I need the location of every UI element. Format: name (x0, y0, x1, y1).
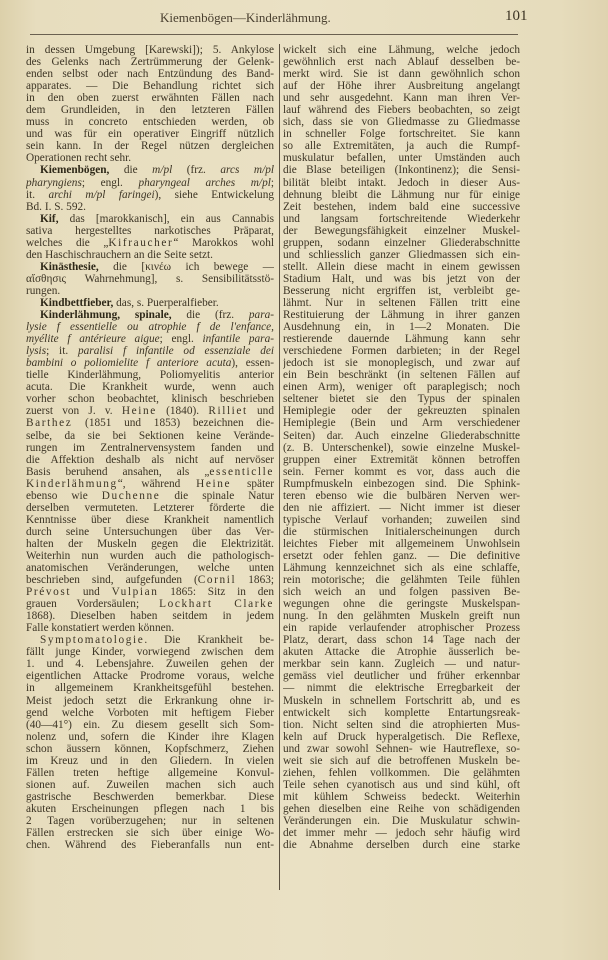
spaced-name: Kifraucher (108, 237, 173, 249)
text-line: Prévost und Vulpian 1865: Sitz in den (26, 586, 274, 598)
right-column: wickelt sich eine Lähmung, welche jedoch… (283, 44, 520, 851)
italic-term: paralisi f infantile od essenziale dei (78, 345, 274, 357)
text-line: den Haschischrauchern an die Seite setzt… (26, 249, 274, 261)
running-head: Kiemenbögen—Kinderlähmung. 101 (30, 4, 450, 32)
text-line: verschiedene Formen darbieten; in der Re… (283, 345, 520, 357)
text-line: gehen dieselben eine Reihe von schädigen… (283, 803, 520, 815)
text-line: leichtes Fieber mit allgemeinem Unwohlse… (283, 538, 520, 550)
text-line: gastrische Beschwerden bemerkbar. Diese (26, 791, 274, 803)
text-line: durch seine Untersuchungen über das Ver- (26, 526, 274, 538)
spaced-name: Symptomatologie (40, 634, 144, 646)
italic-term: myélite f antérieure aigue (26, 333, 160, 345)
text-line: stellt. Allein diese macht in einem gewi… (283, 261, 520, 273)
text-line: acuta. Die Krankheit wurde, wenn auch (26, 381, 274, 393)
text-line: det immer mehr — jedoch sehr häufig wird (283, 827, 520, 839)
text-line: schon äussern können, Kopfschmerz, Ziehe… (26, 743, 274, 755)
text-line: sativa hergestelltes narkotisches Präpar… (26, 225, 274, 237)
text-line: gruppen einer Extremität können betroffe… (283, 454, 520, 466)
text-line: die Blase beteiligen (Inkontinenz); die … (283, 164, 520, 176)
text-line: dehnung bleibt die Lähmung nur für einig… (283, 189, 520, 201)
text-line: zuerst von J. v. Heine (1840). Rilliet u… (26, 405, 274, 417)
text-line: sich, dass sie von Gliedmasse zu Gliedma… (283, 116, 520, 128)
text-line: entwickelt sich komplette Entartungsreak… (283, 707, 520, 719)
text-line: Bd. I. S. 592. (26, 201, 274, 213)
text-line: Basis beruhend ansahen, als „essenticlle (26, 466, 274, 478)
italic-term: arcs m/pl (220, 164, 274, 176)
text-line: grauen Vordersäulen; Lockhart Clarke (26, 598, 274, 610)
text-line: wegungen ohne die geringste Muskelspan- (283, 598, 520, 610)
text-line: Hemiplegie oder der gekreuzten spinalen (283, 405, 520, 417)
text-line: Barthez (1851 und 1853) bezeichnen die- (26, 417, 274, 429)
header-rule (30, 34, 518, 35)
text-line: myélite f antérieure aigue; engl. infant… (26, 333, 274, 345)
text-line: Rumpfmuskeln einbezogen sind. Die Sphink… (283, 478, 520, 490)
text-line: sionen auf. Zuweilen machen sich auch (26, 779, 274, 791)
column-divider (279, 44, 280, 890)
text-line: und was für ein operativer Eingriff nütz… (26, 128, 274, 140)
text-line: (z. B. Unterschenkel), sowie einzelne Mu… (283, 442, 520, 454)
italic-term: pharyngeal arches m/pl (138, 177, 270, 189)
text-line: akuten Erscheinungen pflegen nach 1 bis (26, 803, 274, 815)
italic-term: bambini o poliomielite f anteriore acuta (26, 357, 231, 369)
text-line: ersetzt oder fehlen ganz. — Die definiti… (283, 550, 520, 562)
text-line: den nie affiziert. — Nicht immer ist die… (283, 502, 520, 514)
text-line: keln auf Druck hyperalgetisch. Die Refle… (283, 731, 520, 743)
text-line: Fällen treten heftige allgemeine Konvul- (26, 767, 274, 779)
text-line: Muskeln in schnellem Fortschritt ab, und… (283, 695, 520, 707)
text-line: nung. In den gelähmten Muskeln greift nu… (283, 610, 520, 622)
text-line: Operationen recht sehr. (26, 152, 274, 164)
text-line: lauf während des Fiebers beobachten, so … (283, 104, 520, 116)
italic-term: m/pl (152, 164, 172, 176)
text-line: tion. Nicht selten sind die atrophierten… (283, 719, 520, 731)
entry-lemma: Kiemenbögen, (40, 164, 109, 176)
spaced-name: Lockhart Clarke (159, 598, 274, 610)
entry-lemma: Kinderlähmung, spinale, (40, 309, 172, 321)
text-line: wickelt sich eine Lähmung, welche jedoch (283, 44, 520, 56)
dictionary-entry: Kiemenbögen, die m/pl (frz. arcs m/plpha… (26, 164, 274, 212)
text-line: so alle Extremitäten, ja auch die Rumpf- (283, 140, 520, 152)
spaced-name: Rilliet (208, 405, 247, 417)
text-line: Stadium Halt, und was bis jetzt von der (283, 273, 520, 285)
text-line: rungen im Zentralnervensystem fanden und (26, 442, 274, 454)
text-line: merkbar sein kann. Zugleich — und natur- (283, 658, 520, 670)
page-number: 101 (505, 8, 528, 25)
entry-lemma: Kif, (40, 213, 59, 225)
text-line: jedoch ist sie monoplegisch, und zwar au… (283, 357, 520, 369)
text-line: rungen. (26, 285, 274, 297)
text-line: Kenntnisse über diese Krankheit namentli… (26, 514, 274, 526)
text-line: apparates. — Die Behandlung richtet sich (26, 80, 274, 92)
dictionary-entry: Kif, das [marokkanisch], ein aus Cannabi… (26, 213, 274, 261)
text-line: und sehr ausgedehnt. Kann man ihren Ver- (283, 92, 520, 104)
italic-term: archi m/pl faringei (49, 189, 155, 201)
spaced-name: Duchenne (102, 490, 161, 502)
text-line: seltener bietet sie den Typus der spinal… (283, 393, 520, 405)
text-line: ebenso wie Duchenne die spinale Natur (26, 490, 274, 502)
text-line: Kiemenbögen, die m/pl (frz. arcs m/pl (26, 164, 274, 176)
entry-lemma: Kinästhesie, (40, 261, 99, 273)
text-line: auf der Höhe ihrer Ausbreitung angelangt (283, 80, 520, 92)
text-line: Weiterhin nun wurden auch die pathologis… (26, 550, 274, 562)
text-line: gemäss viel deutlicher und früher erkenn… (283, 670, 520, 682)
text-line: vorher schon beobachtet, klinisch beschr… (26, 393, 274, 405)
text-line: Kif, das [marokkanisch], ein aus Cannabi… (26, 213, 274, 225)
text-line: mit kühlem Schweiss bedeckt. Weiterhin (283, 791, 520, 803)
text-line: Kinderlähmung, spinale, die (frz. para- (26, 309, 274, 321)
spaced-name: Barthez (26, 417, 72, 429)
italic-term: lysis (26, 345, 46, 357)
book-page: Kiemenbögen—Kinderlähmung. 101 in dessen… (0, 0, 608, 960)
text-line: rein motorische; die gelähmten Teile füh… (283, 574, 520, 586)
text-line: Besserung nicht ergriffen ist, verbleibt… (283, 285, 520, 297)
text-line: in den oben zuerst erwähnten Fällen nach (26, 92, 274, 104)
text-line: bilität bleibt intakt. Jedoch in dieser … (283, 177, 520, 189)
text-line: welches die „Kifraucher“ Marokkos wohl (26, 237, 274, 249)
text-line: chen. Während des Fieberanfalls nun ent- (26, 839, 274, 851)
left-column: in dessen Umgebung [Karewski]); 5. Ankyl… (26, 44, 274, 851)
italic-term: para- (249, 309, 274, 321)
text-line: it. archi m/pl faringei), siehe Entwicke… (26, 189, 274, 201)
text-line: muss in concreto entschieden werden, ob (26, 116, 274, 128)
text-line: Kindbettfieber, das, s. Puerperalfieber. (26, 297, 274, 309)
text-line: sich weich an und folgen passiven Be- (283, 586, 520, 598)
spaced-name: Cornil (198, 574, 236, 586)
text-line: des Gelenks nach Zertrümmerung der Gelen… (26, 56, 274, 68)
dictionary-entry: Kindbettfieber, das, s. Puerperalfieber. (26, 297, 274, 309)
italic-term: lysie f essentielle ou atrophie f de l'e… (26, 321, 274, 333)
text-line: pharyngiens; engl. pharyngeal arches m/p… (26, 177, 274, 189)
text-line: typische Verlauf vorhanden; zuweilen sin… (283, 514, 520, 526)
text-line: halten der Muskeln gegen die Elektrizitä… (26, 538, 274, 550)
spaced-name: Kinderlähmung (26, 478, 118, 490)
text-line: 2 Tagen vorüberzugehen; nur in seltenen (26, 815, 274, 827)
text-line: muskulatur befallen, unter Umständen auc… (283, 152, 520, 164)
text-line: fällt junge Kinder, vorwiegend zwischen … (26, 646, 274, 658)
text-line: Seiten) dar. Auch einzelne Gliederabschn… (283, 430, 520, 442)
text-line: Hemiplegie (Bein und Arm verschiedener (283, 417, 520, 429)
text-line: Symptomatologie. Die Krankheit be- (26, 634, 274, 646)
text-line: nolenz und, sofern die Kinder ihre Klage… (26, 731, 274, 743)
text-line: Meist jedoch setzt die Erkrankung ohne i… (26, 695, 274, 707)
text-line: und langsam fortschreitende Wiederkehr (283, 213, 520, 225)
text-line: (40—41°) ein. Zu diesem gesellt sich Som… (26, 719, 274, 731)
text-line: und zwar sowohl Sehnen- wie Hautreflexe,… (283, 743, 520, 755)
text-line: sein kann. In der Regel nützen dergleich… (26, 140, 274, 152)
italic-term: pharyngiens (26, 177, 82, 189)
text-line: sein. Ferner kommt es vor, dass auch die (283, 466, 520, 478)
spaced-name: essenticlle (209, 466, 274, 478)
text-line: lysie f essentielle ou atrophie f de l'e… (26, 321, 274, 333)
italic-term: infantile para- (203, 333, 274, 345)
text-line: Platz, derart, dass schon 14 Tage nach d… (283, 634, 520, 646)
text-line: Fällen erstrecken sie sich über einige W… (26, 827, 274, 839)
text-line: tielle Kinderlähmung, Poliomyelitis ante… (26, 369, 274, 381)
running-title: Kiemenbögen—Kinderlähmung. (160, 10, 331, 26)
text-line: Kinderlähmung“, während Heine später (26, 478, 274, 490)
text-line: ein rapide verlaufender atrophischer Pro… (283, 622, 520, 634)
text-line: beschrieben sind, aufgefunden (Cornil 18… (26, 574, 274, 586)
spaced-name: Heine (196, 478, 231, 490)
spaced-name: Prévost (26, 586, 71, 598)
text-line: Ausdehnung ein, in 1—2 Monaten. Die (283, 321, 520, 333)
text-line: gend welche Vorboten mit heftigem Fieber (26, 707, 274, 719)
text-line: ziehen, fehlen vollkommen. Die gelähmten (283, 767, 520, 779)
text-line: — nimmt die elektrische Erregbarkeit der (283, 682, 520, 694)
text-line: Veränderungen ein. Die Muskulatur schwin… (283, 815, 520, 827)
text-line: lähmt. Nur in seltenen Fällen tritt eine (283, 297, 520, 309)
text-line: die Affektion deshalb als nicht auf nerv… (26, 454, 274, 466)
text-line: einen Arm), weniger oft paraplegisch; no… (283, 381, 520, 393)
text-line: Teile sehen cyanotisch aus und sind kühl… (283, 779, 520, 791)
text-line: Falle konstatiert werden können. (26, 622, 274, 634)
text-line: in dessen Umgebung [Karewski]); 5. Ankyl… (26, 44, 274, 56)
dictionary-entry: Kinderlähmung, spinale, die (frz. para-l… (26, 309, 274, 634)
text-line: in schneller Folge fortschreitet. Sie ka… (283, 128, 520, 140)
text-line: 1868). Dieselben haben seitdem in jedem (26, 610, 274, 622)
text-line: 1. und 4. Lebensjahre. Zuweilen gehen de… (26, 658, 274, 670)
text-line: αἴσθησις Wahrnehmung], s. Sensibilitätss… (26, 273, 274, 285)
text-line: Lähmung kennzeichnet sich als eine schla… (283, 562, 520, 574)
text-line: selbe, da sie bei Sektionen keine Veränd… (26, 430, 274, 442)
text-line: die stürmischen Initialerscheinungen dur… (283, 526, 520, 538)
text-line: derselben vermuteten. Letzterer förderte… (26, 502, 274, 514)
text-line: restierende dauernde Lähmung kann sehr (283, 333, 520, 345)
spaced-name: Heine (122, 405, 157, 417)
text-line: Kinästhesie, die [κινέω ich bewege — (26, 261, 274, 273)
entry-lemma: Kindbettfieber, (40, 297, 113, 309)
text-line: akuten Attacke die Atrophie äusserlich b… (283, 646, 520, 658)
text-line: enden selbst oder nach Entzündung des Ba… (26, 68, 274, 80)
spaced-name: Vulpian (112, 586, 159, 598)
text-line: gewöhnlich erst nach Ablauf desselben be… (283, 56, 520, 68)
text-line: anatomischen Veränderungen, welche unten (26, 562, 274, 574)
text-line: eigentlichen Attacke Prodrome voraus, we… (26, 670, 274, 682)
text-line: bambini o poliomielite f anteriore acuta… (26, 357, 274, 369)
text-line: weit sie sich auf die betroffenen Muskel… (283, 755, 520, 767)
text-line: merkt wird. Sie ist dann gewöhnlich scho… (283, 68, 520, 80)
text-line: der Bewegungsfähigkeit einzelner Muskel- (283, 225, 520, 237)
text-line: in allgemeinem Krankheitsgefühl bestehen… (26, 682, 274, 694)
text-line: Zeit bestehen, indem bald eine successiv… (283, 201, 520, 213)
text-line: lysis; it. paralisi f infantile od essen… (26, 345, 274, 357)
text-line: dem Grundleiden, in den letzteren Fällen (26, 104, 274, 116)
text-line: und schliesslich ganzer Gliedmassen sich… (283, 249, 520, 261)
text-line: Restituierung der Lähmung in ihrer ganze… (283, 309, 520, 321)
text-line: die Abnahme derselben durch eine starke (283, 839, 520, 851)
text-line: gruppen, sodann einzelner Gliederabschni… (283, 237, 520, 249)
dictionary-entry: Kinästhesie, die [κινέω ich bewege —αἴσθ… (26, 261, 274, 297)
text-line: im Kreuz und in den Gliedern. In vielen (26, 755, 274, 767)
text-line: ein Bein beschränkt (in seltenen Fällen … (283, 369, 520, 381)
text-line: teren ebenso wie die bulbären Nerven wer… (283, 490, 520, 502)
